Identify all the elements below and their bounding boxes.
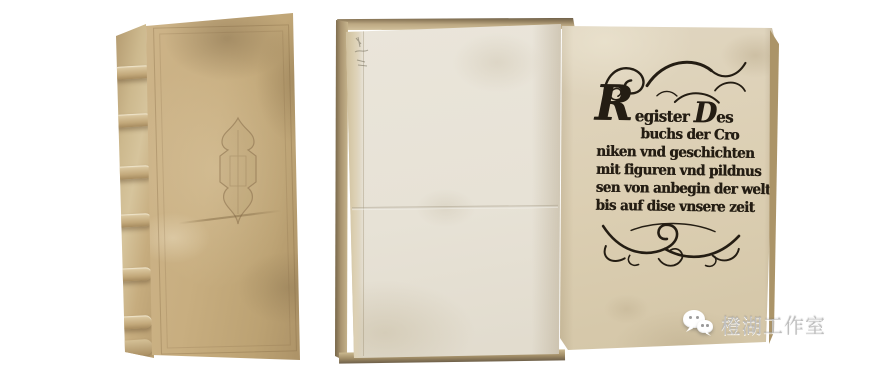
spine-raised-band: [113, 65, 153, 80]
shelfmark-inscription: [350, 34, 380, 84]
spine-raised-band: [113, 113, 153, 128]
title-text-lines: R egister Des buchs der Cro niken vnd ge…: [595, 107, 750, 217]
wechat-bubble-small: [697, 320, 713, 333]
spine-tailcap: [114, 339, 153, 358]
page-crease-line: [352, 205, 558, 210]
blind-stamped-medallion: [208, 116, 268, 228]
title-line: bis auf dise vnsere zeit: [595, 197, 749, 217]
blackletter-text-block: R egister Des buchs der Cro niken vnd ge…: [595, 55, 752, 272]
flourished-initial-R: R: [595, 94, 633, 113]
wechat-icon: [682, 307, 714, 341]
watermark-studio-name: 橙湖工作室: [721, 310, 826, 339]
open-book-blank-pastedown-page: [346, 22, 562, 360]
spine-raised-band: [113, 267, 153, 282]
flourished-initial-D: D: [693, 97, 716, 130]
title-line: niken vnd geschichten: [596, 143, 750, 163]
closed-book-front-cover: [144, 10, 304, 366]
open-book-left-board-edge: [335, 20, 348, 362]
text-block-fore-edge: [769, 30, 780, 344]
spine-raised-band: [113, 165, 153, 180]
photograph-antique-book: R egister Des buchs der Cro niken vnd ge…: [0, 0, 886, 378]
spine-raised-band: [113, 213, 153, 228]
watermark: 橙湖工作室: [682, 302, 872, 346]
spine-raised-band: [113, 315, 153, 330]
title-line: sen von anbegin der welt: [596, 179, 750, 199]
title-line: mit figuren vnd pildnus: [596, 161, 750, 181]
calligraphic-flourish-bottom: [595, 212, 750, 272]
